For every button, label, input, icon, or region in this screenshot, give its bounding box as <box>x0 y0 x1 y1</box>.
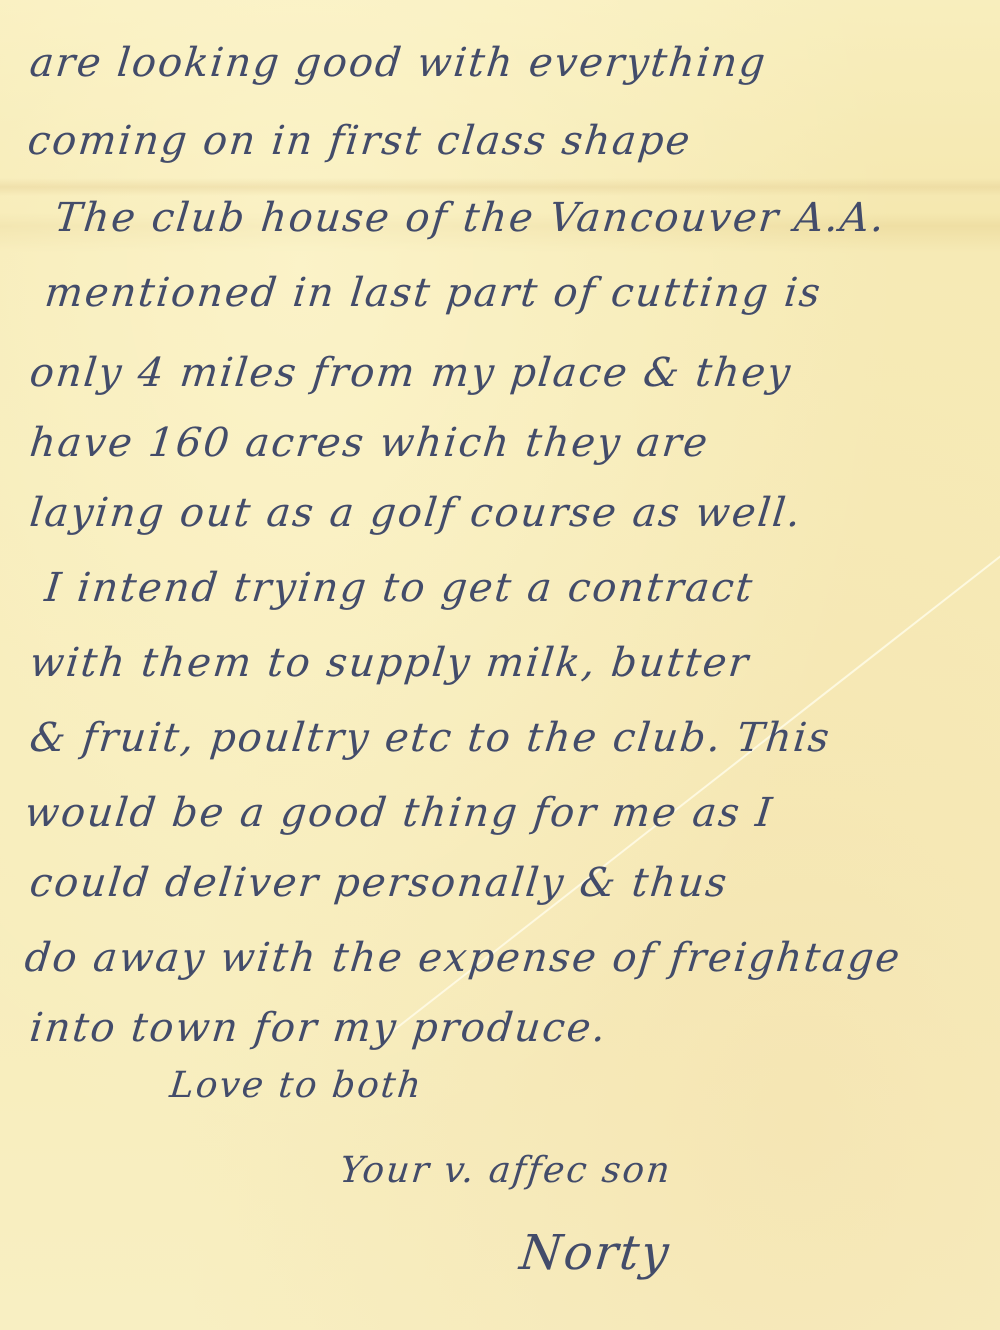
letter-line: would be a good thing for me as I <box>23 790 776 836</box>
letter-line: do away with the expense of freightage <box>23 935 904 981</box>
letter-line: have 160 acres which they are <box>28 420 712 466</box>
letter-line: laying out as a golf course as well. <box>28 490 805 536</box>
letter-line: I intend trying to get a contract <box>43 565 757 611</box>
letter-closing: Love to both <box>168 1065 425 1106</box>
letter-valediction: Your v. affec son <box>338 1150 674 1191</box>
letter-line: & fruit, poultry etc to the club. This <box>28 715 834 761</box>
letter-page: are looking good with everything coming … <box>0 0 1000 1330</box>
paper-fold <box>0 178 1000 196</box>
letter-line: only 4 miles from my place & they <box>28 350 795 396</box>
letter-line: are looking good with everything <box>28 40 770 86</box>
letter-line: with them to supply milk, butter <box>28 640 753 686</box>
letter-line: into town for my produce. <box>28 1005 610 1051</box>
letter-line: The club house of the Vancouver A.A. <box>53 195 889 241</box>
letter-line: mentioned in last part of cutting is <box>43 270 825 316</box>
letter-signature: Norty <box>517 1225 673 1281</box>
letter-line: coming on in first class shape <box>26 118 694 164</box>
letter-line: could deliver personally & thus <box>28 860 731 906</box>
